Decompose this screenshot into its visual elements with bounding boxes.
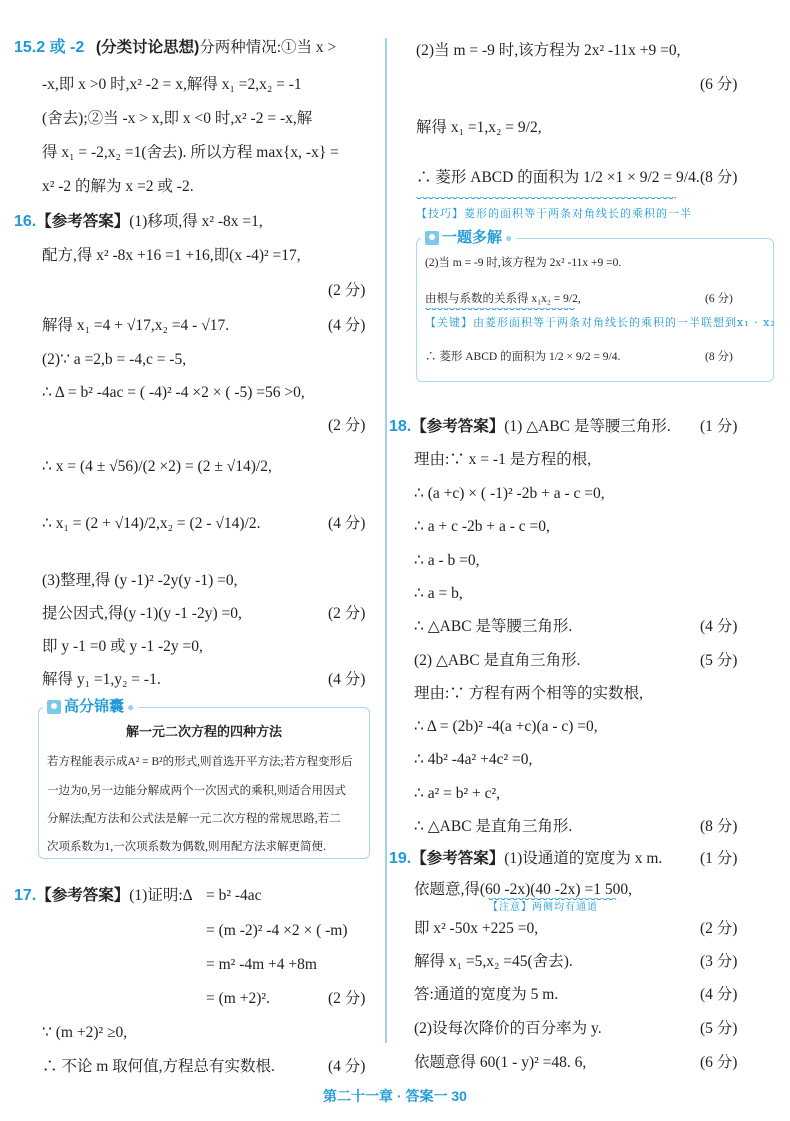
q16-line: 配方,得 x² -8x +16 =1 +16,即(x -4)² =17, [42,246,301,266]
q18-line: ∴ △ABC 是直角三角形. [414,817,572,837]
score: (4 分) [328,1057,365,1077]
q18-line: ∴ △ABC 是等腰三角形. [414,617,572,637]
tip-box-tag: 高分锦囊 [64,698,124,716]
q18-line: 理由:∵ x = -1 是方程的根, [414,450,591,470]
q17-line: = b² -4ac [206,886,262,906]
q16-line: ∴ x₁ = (2 + √14)/2,x₂ = (2 - √14)/2. [42,514,260,534]
q15-answer: 2 或 -2 [36,39,84,56]
question-number: 19. [389,850,411,867]
score: (4 分) [700,985,737,1005]
question-number: 17. [14,887,36,904]
score: (5 分) [700,651,737,671]
answer-label: 【参考答案】 [411,418,504,435]
q19-line: 即 x² -50x +225 =0, [414,919,538,939]
q15-line: x² -2 的解为 x =2 或 -2. [42,177,194,197]
score: (1 分) [700,849,737,869]
q17-line: = (m -2)² -4 ×2 × ( -m) [206,921,348,941]
q16-line: 即 y -1 =0 或 y -1 -2y =0, [42,637,203,657]
q15-first-line: 15.2 或 -2 (分类讨论思想)分两种情况:①当 x > [14,38,336,58]
q16-line: (2)∵ a =2,b = -4,c = -5, [42,350,186,370]
wavy-underline [416,197,676,201]
q16-line: ∴ x = (4 ± √56)/(2 ×2) = (2 ± √14)/2, [42,457,272,477]
score: (2 分) [328,281,365,301]
q18-line: ∴ a + c -2b + a - c =0, [414,517,550,537]
q16-line: 解得 x₁ =4 + √17,x₂ =4 - √17. [42,316,229,336]
bullet-icon: ● [505,229,512,247]
score: (2 分) [700,919,737,939]
score: (8 分) [705,347,733,367]
answer-label: 【参考答案】 [36,213,129,230]
answer-label: 【参考答案】 [411,850,504,867]
q18-first-line: 18.【参考答案】(1) △ABC 是等腰三角形. [389,417,671,437]
score: (8 分) [700,817,737,837]
lightbulb-icon [425,231,439,245]
q15-hint: (分类讨论思想) [96,39,199,56]
q18-line: ∴ 4b² -4a² +4c² =0, [414,750,532,770]
q16-line: (3)整理,得 (y -1)² -2y(y -1) =0, [42,571,237,591]
skill-note: 【技巧】菱形的面积等于两条对角线长的乘积的一半 [416,204,692,224]
q15-line: -x,即 x >0 时,x² -2 = x,解得 x₁ =2,x₂ = -1 [42,75,302,95]
multi-solution-box: 一题多解 ● (2)当 m = -9 时,该方程为 2x² -11x +9 =0… [416,238,774,382]
q19-first-line: 19.【参考答案】(1)设通道的宽度为 x m. [389,849,662,869]
q18-line: ∴ Δ = (2b)² -4(a +c)(a - c) =0, [414,717,598,737]
q19-line: 解得 x₁ =5,x₂ =45(舍去). [414,952,573,972]
attention-note: 【注意】两侧均有通道 [488,901,598,915]
score: (8 分) [700,168,737,188]
score: (5 分) [700,1019,737,1039]
key-note: 【关键】由菱形面积等于两条对角线长的乘积的一半联想到x₁ · x₂ [425,313,776,333]
score: (4 分) [328,514,365,534]
q16-line: ∴ Δ = b² -4ac = ( -4)² -4 ×2 × ( -5) =56… [42,383,305,403]
q17-part2-line: (2)当 m = -9 时,该方程为 2x² -11x +9 =0, [416,41,681,61]
q15-line: (舍去);②当 -x > x,即 x <0 时,x² -2 = -x,解 [42,109,312,129]
q19-line: (1)设通道的宽度为 x m. [504,850,662,867]
score: (2 分) [328,989,365,1009]
q18-line: ∴ a² = b² + c², [414,784,500,804]
q19-line: 依题意,得(60 -2x)(40 -2x) =1 500, [414,880,632,900]
tip-line: 若方程能表示成A² = B²的形式,则首选开平方法;若方程变形后 [47,752,353,772]
q17-line: ∵ (m +2)² ≥0, [42,1023,127,1043]
question-number: 18. [389,418,411,435]
score: (4 分) [700,617,737,637]
tip-box-header: 高分锦囊 ● [43,698,138,716]
q19-line: (2)设每次降价的百分率为 y. [414,1019,602,1039]
score: (6 分) [705,289,733,309]
multi-box-header: 一题多解 ● [421,229,516,247]
q17-line: = (m +2)². [206,989,270,1009]
score: (4 分) [328,316,365,336]
q18-line: ∴ a = b, [414,584,463,604]
multi-box-tag: 一题多解 [442,229,502,247]
q18-line: 理由:∵ 方程有两个相等的实数根, [414,684,643,704]
q17-part2-line: ∴ 菱形 ABCD 的面积为 1/2 ×1 × 9/2 = 9/4. [416,168,700,188]
answer-label: 【参考答案】 [36,887,129,904]
q17-line: = m² -4m +4 +8m [206,955,317,975]
score: (2 分) [328,416,365,436]
q16-first-line: 16.【参考答案】(1)移项,得 x² -8x =1, [14,212,263,232]
tip-line: 一边为0,另一边能分解成两个一次因式的乘积,则适合用因式 [47,781,346,801]
tip-box: 高分锦囊 ● 解一元二次方程的四种方法 若方程能表示成A² = B²的形式,则首… [38,707,370,859]
lightbulb-icon [47,700,61,714]
q17-part2-line: 解得 x₁ =1,x₂ = 9/2, [416,118,542,138]
q15-line: 得 x₁ = -2,x₂ =1(舍去). 所以方程 max{x, -x} = [42,143,339,163]
score: (4 分) [328,670,365,690]
q19-line: 答:通道的宽度为 5 m. [414,985,558,1005]
wavy-underline [425,308,575,312]
question-number: 16. [14,213,36,230]
q16-line: 提公因式,得(y -1)(y -1 -2y) =0, [42,604,242,624]
multi-line: (2)当 m = -9 时,该方程为 2x² -11x +9 =0. [425,253,621,273]
q17-first-line: 17.【参考答案】(1)证明:Δ [14,886,193,906]
q17-line: ∴ 不论 m 取何值,方程总有实数根. [42,1057,275,1077]
page-footer: 第二十一章 · 答案一 30 [0,1086,790,1106]
q19-line: 依题意得 60(1 - y)² =48. 6, [414,1053,586,1073]
score: (1 分) [700,417,737,437]
tip-line: 次项系数为1,一次项系数为偶数,则用配方法求解更简便. [47,837,326,857]
tip-line: 分解法;配方法和公式法是解一元二次方程的常规思路,若二 [47,809,341,829]
q17-line: (1)证明:Δ [129,887,192,904]
multi-line: ∴ 菱形 ABCD 的面积为 1/2 × 9/2 = 9/4. [425,347,620,367]
tip-box-title: 解一元二次方程的四种方法 [39,721,369,740]
column-divider [385,38,387,1043]
score: (2 分) [328,604,365,624]
q15-line: 分两种情况:①当 x > [199,39,336,56]
score: (6 分) [700,75,737,95]
multi-line: 由根与系数的关系得 x₁x₂ = 9/2, [425,289,581,309]
q18-line: (2) △ABC 是直角三角形. [414,651,581,671]
q18-line: ∴ (a +c) × ( -1)² -2b + a - c =0, [414,484,605,504]
q16-line: 解得 y₁ =1,y₂ = -1. [42,670,161,690]
score: (6 分) [700,1053,737,1073]
q18-line: (1) △ABC 是等腰三角形. [504,418,671,435]
question-number: 15. [14,39,36,56]
score: (3 分) [700,952,737,972]
q16-line: (1)移项,得 x² -8x =1, [129,213,263,230]
bullet-icon: ● [127,698,134,716]
q18-line: ∴ a - b =0, [414,551,480,571]
